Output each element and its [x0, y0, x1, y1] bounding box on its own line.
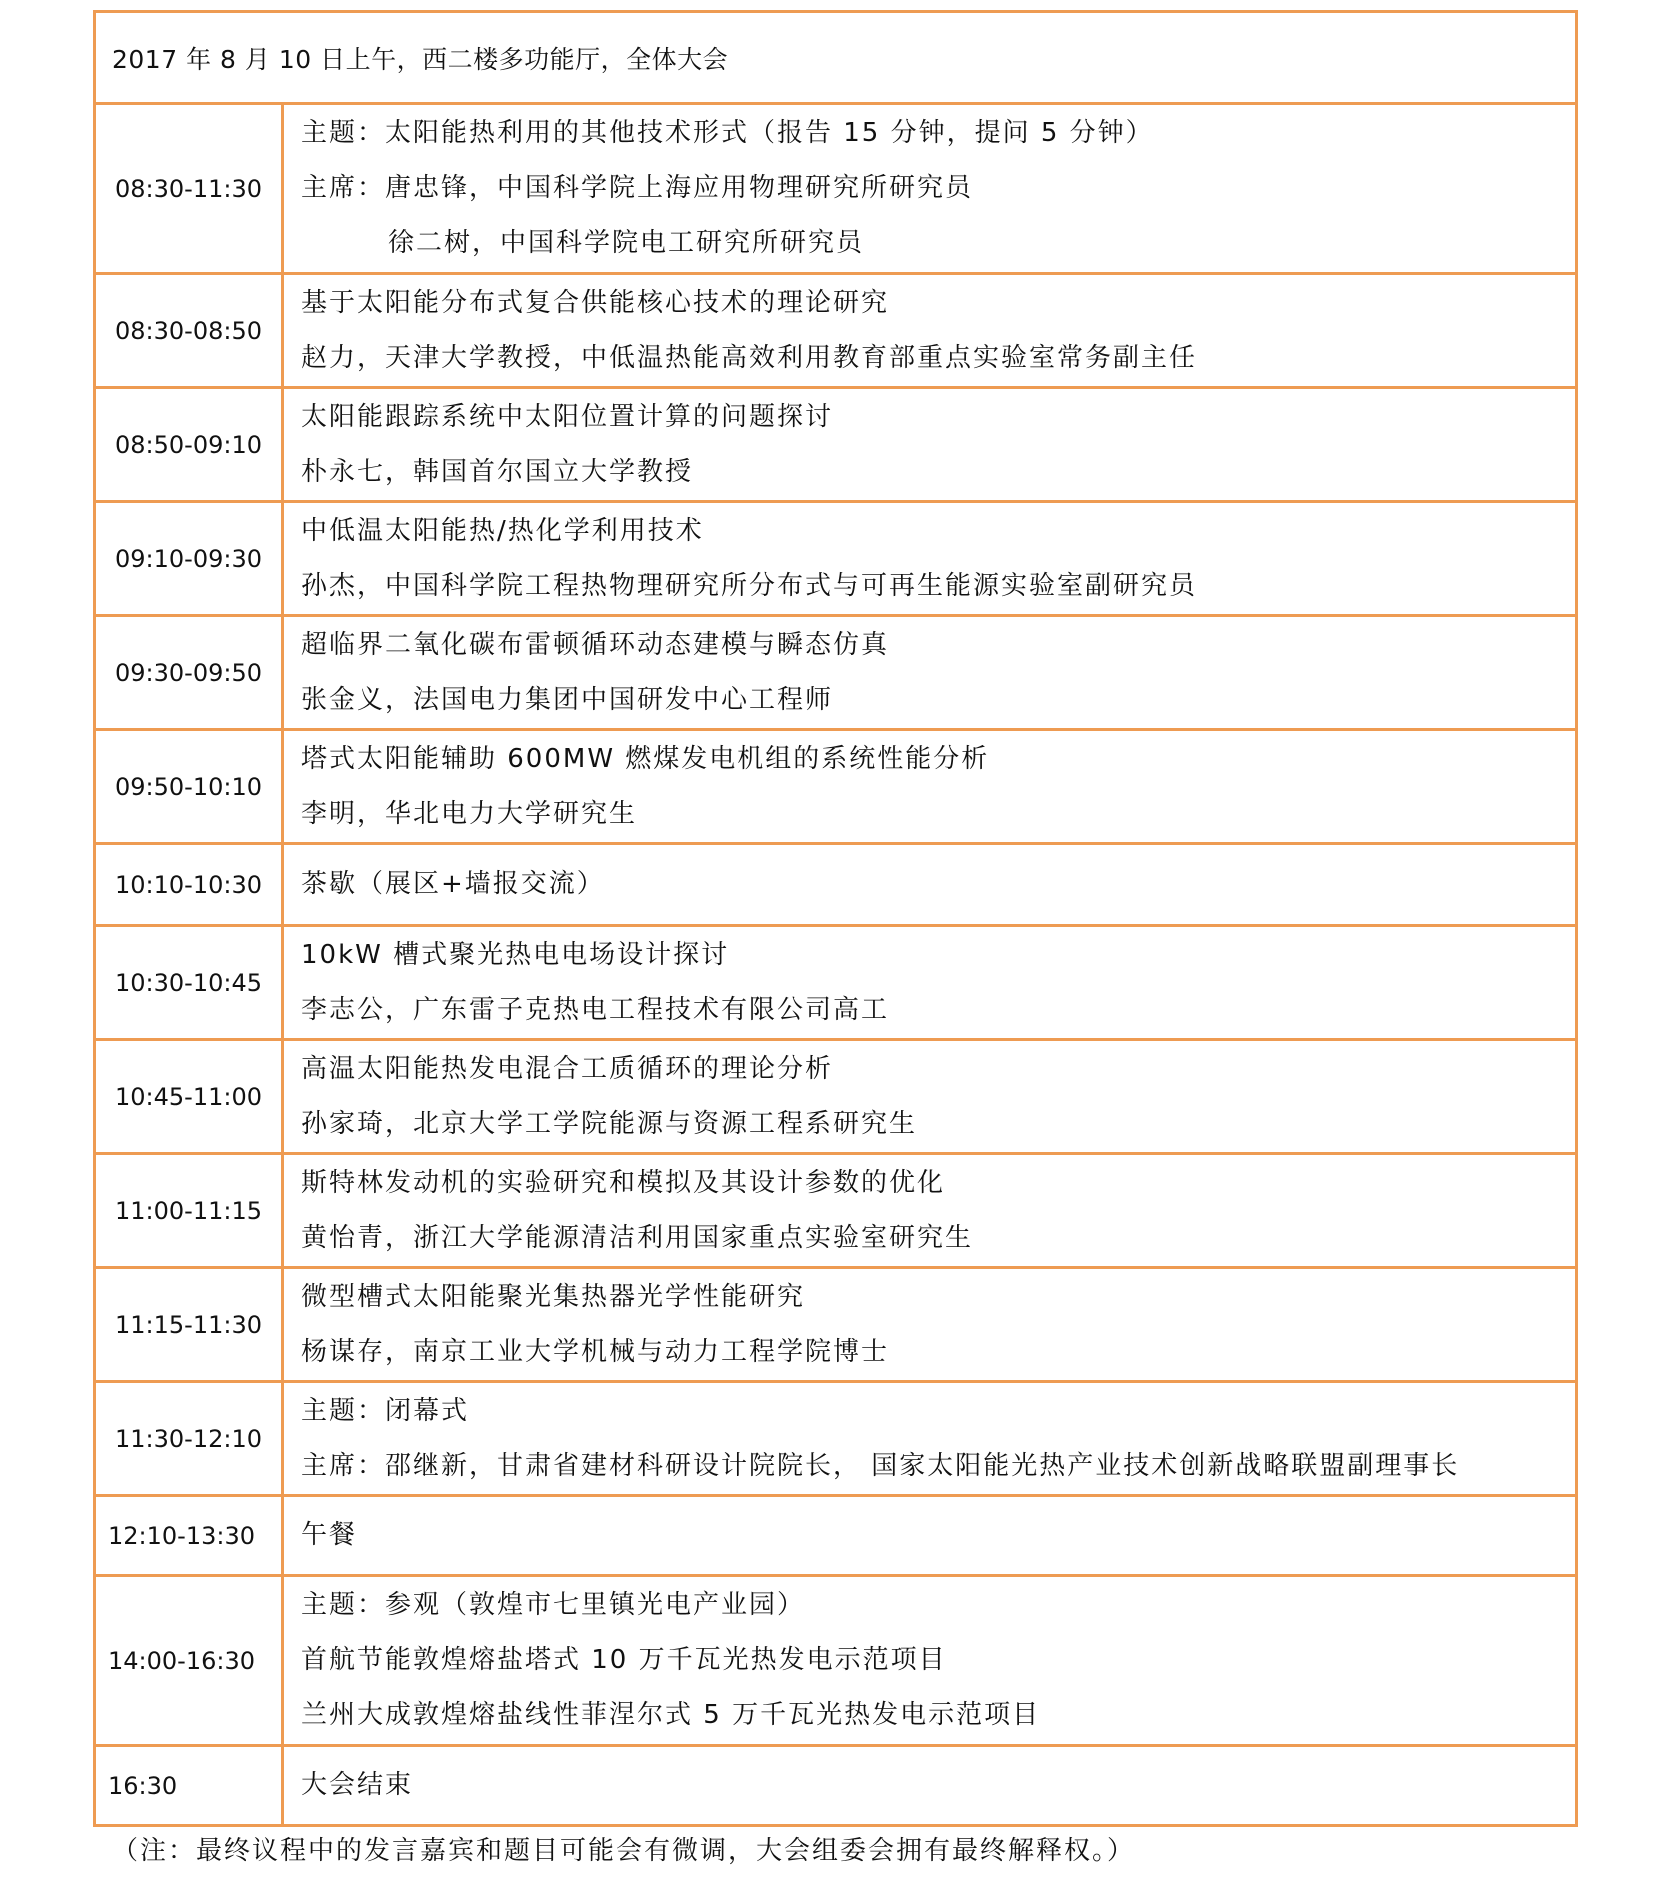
table-row: 10:30-10:45 10kW 槽式聚光热电电场设计探讨 李志公，广东雷子克热…	[96, 924, 1575, 1038]
table-row: 10:10-10:30 茶歇（展区+墙报交流）	[96, 842, 1575, 924]
time-cell: 11:30-12:10	[96, 1383, 284, 1494]
speaker: 朴永七，韩国首尔国立大学教授	[301, 445, 1575, 500]
time-cell: 10:10-10:30	[96, 845, 284, 924]
talk-title: 太阳能跟踪系统中太阳位置计算的问题探讨	[301, 390, 1575, 445]
talk-title: 基于太阳能分布式复合供能核心技术的理论研究	[301, 276, 1575, 331]
speaker: 孙家琦，北京大学工学院能源与资源工程系研究生	[301, 1097, 1575, 1152]
time-cell: 12:10-13:30	[96, 1497, 284, 1574]
table-row: 14:00-16:30 主题：参观（敦煌市七里镇光电产业园） 首航节能敦煌熔盐塔…	[96, 1574, 1575, 1744]
visit-project: 兰州大成敦煌熔盐线性菲涅尔式 5 万千瓦光热发电示范项目	[301, 1688, 1575, 1743]
talk-title: 斯特林发动机的实验研究和模拟及其设计参数的优化	[301, 1156, 1575, 1211]
time-cell: 08:50-09:10	[96, 389, 284, 500]
visit-project: 首航节能敦煌熔盐塔式 10 万千瓦光热发电示范项目	[301, 1633, 1575, 1688]
content-cell: 茶歇（展区+墙报交流）	[284, 845, 1575, 924]
speaker: 黄怡青，浙江大学能源清洁利用国家重点实验室研究生	[301, 1211, 1575, 1266]
content-cell: 斯特林发动机的实验研究和模拟及其设计参数的优化 黄怡青，浙江大学能源清洁利用国家…	[284, 1155, 1575, 1266]
table-row: 11:15-11:30 微型槽式太阳能聚光集热器光学性能研究 杨谋存，南京工业大…	[96, 1266, 1575, 1380]
time-cell: 11:15-11:30	[96, 1269, 284, 1380]
time-cell: 09:30-09:50	[96, 617, 284, 728]
session-topic: 主题：太阳能热利用的其他技术形式（报告 15 分钟，提问 5 分钟）	[301, 106, 1575, 161]
table-row: 08:50-09:10 太阳能跟踪系统中太阳位置计算的问题探讨 朴永七，韩国首尔…	[96, 386, 1575, 500]
agenda-header-row: 2017 年 8 月 10 日上午，西二楼多功能厅，全体大会	[96, 13, 1575, 102]
speaker: 杨谋存，南京工业大学机械与动力工程学院博士	[301, 1325, 1575, 1380]
table-row: 11:30-12:10 主题：闭幕式 主席：邵继新，甘肃省建材科研设计院院长， …	[96, 1380, 1575, 1494]
lunch-label: 午餐	[301, 1508, 1575, 1563]
speaker: 李明，华北电力大学研究生	[301, 787, 1575, 842]
session-topic: 主题：参观（敦煌市七里镇光电产业园）	[301, 1578, 1575, 1633]
table-row: 08:30-11:30 主题：太阳能热利用的其他技术形式（报告 15 分钟，提问…	[96, 102, 1575, 272]
speaker: 李志公，广东雷子克热电工程技术有限公司高工	[301, 983, 1575, 1038]
agenda-table: 2017 年 8 月 10 日上午，西二楼多功能厅，全体大会 08:30-11:…	[93, 10, 1578, 1827]
session-header: 2017 年 8 月 10 日上午，西二楼多功能厅，全体大会	[96, 13, 728, 102]
talk-title: 超临界二氧化碳布雷顿循环动态建模与瞬态仿真	[301, 618, 1575, 673]
time-cell: 10:45-11:00	[96, 1041, 284, 1152]
session-topic: 主题：闭幕式	[301, 1384, 1575, 1439]
talk-title: 塔式太阳能辅助 600MW 燃煤发电机组的系统性能分析	[301, 732, 1575, 787]
table-row: 08:30-08:50 基于太阳能分布式复合供能核心技术的理论研究 赵力，天津大…	[96, 272, 1575, 386]
content-cell: 主题：参观（敦煌市七里镇光电产业园） 首航节能敦煌熔盐塔式 10 万千瓦光热发电…	[284, 1577, 1575, 1744]
content-cell: 太阳能跟踪系统中太阳位置计算的问题探讨 朴永七，韩国首尔国立大学教授	[284, 389, 1575, 500]
table-row: 10:45-11:00 高温太阳能热发电混合工质循环的理论分析 孙家琦，北京大学…	[96, 1038, 1575, 1152]
content-cell: 主题：闭幕式 主席：邵继新，甘肃省建材科研设计院院长， 国家太阳能光热产业技术创…	[284, 1383, 1575, 1494]
time-cell: 10:30-10:45	[96, 927, 284, 1038]
session-chair: 主席：唐忠锋，中国科学院上海应用物理研究所研究员	[301, 161, 1575, 216]
time-cell: 09:50-10:10	[96, 731, 284, 842]
table-row: 09:30-09:50 超临界二氧化碳布雷顿循环动态建模与瞬态仿真 张金义，法国…	[96, 614, 1575, 728]
talk-title: 10kW 槽式聚光热电电场设计探讨	[301, 928, 1575, 983]
time-cell: 16:30	[96, 1747, 284, 1824]
talk-title: 中低温太阳能热/热化学利用技术	[301, 504, 1575, 559]
content-cell: 高温太阳能热发电混合工质循环的理论分析 孙家琦，北京大学工学院能源与资源工程系研…	[284, 1041, 1575, 1152]
time-cell: 14:00-16:30	[96, 1577, 284, 1744]
content-cell: 超临界二氧化碳布雷顿循环动态建模与瞬态仿真 张金义，法国电力集团中国研发中心工程…	[284, 617, 1575, 728]
session-chair: 主席：邵继新，甘肃省建材科研设计院院长， 国家太阳能光热产业技术创新战略联盟副理…	[301, 1439, 1575, 1494]
table-row: 12:10-13:30 午餐	[96, 1494, 1575, 1574]
content-cell: 10kW 槽式聚光热电电场设计探讨 李志公，广东雷子克热电工程技术有限公司高工	[284, 927, 1575, 1038]
table-row: 09:10-09:30 中低温太阳能热/热化学利用技术 孙杰，中国科学院工程热物…	[96, 500, 1575, 614]
content-cell: 微型槽式太阳能聚光集热器光学性能研究 杨谋存，南京工业大学机械与动力工程学院博士	[284, 1269, 1575, 1380]
speaker: 孙杰，中国科学院工程热物理研究所分布式与可再生能源实验室副研究员	[301, 559, 1575, 614]
speaker: 赵力，天津大学教授，中低温热能高效利用教育部重点实验室常务副主任	[301, 331, 1575, 386]
time-cell: 08:30-08:50	[96, 275, 284, 386]
talk-title: 微型槽式太阳能聚光集热器光学性能研究	[301, 1270, 1575, 1325]
table-row: 16:30 大会结束	[96, 1744, 1575, 1824]
table-row: 09:50-10:10 塔式太阳能辅助 600MW 燃煤发电机组的系统性能分析 …	[96, 728, 1575, 842]
content-cell: 午餐	[284, 1497, 1575, 1574]
content-cell: 基于太阳能分布式复合供能核心技术的理论研究 赵力，天津大学教授，中低温热能高效利…	[284, 275, 1575, 386]
table-row: 11:00-11:15 斯特林发动机的实验研究和模拟及其设计参数的优化 黄怡青，…	[96, 1152, 1575, 1266]
closing-label: 大会结束	[301, 1758, 1575, 1813]
content-cell: 大会结束	[284, 1747, 1575, 1824]
speaker: 张金义，法国电力集团中国研发中心工程师	[301, 673, 1575, 728]
time-cell: 09:10-09:30	[96, 503, 284, 614]
break-label: 茶歇（展区+墙报交流）	[301, 857, 1575, 912]
session-chair-2: 徐二树，中国科学院电工研究所研究员	[301, 216, 1575, 271]
footnote: （注：最终议程中的发言嘉宾和题目可能会有微调，大会组委会拥有最终解释权。）	[112, 1830, 1135, 1867]
content-cell: 中低温太阳能热/热化学利用技术 孙杰，中国科学院工程热物理研究所分布式与可再生能…	[284, 503, 1575, 614]
content-cell: 塔式太阳能辅助 600MW 燃煤发电机组的系统性能分析 李明，华北电力大学研究生	[284, 731, 1575, 842]
time-cell: 08:30-11:30	[96, 105, 284, 272]
talk-title: 高温太阳能热发电混合工质循环的理论分析	[301, 1042, 1575, 1097]
time-cell: 11:00-11:15	[96, 1155, 284, 1266]
content-cell: 主题：太阳能热利用的其他技术形式（报告 15 分钟，提问 5 分钟） 主席：唐忠…	[284, 105, 1575, 272]
